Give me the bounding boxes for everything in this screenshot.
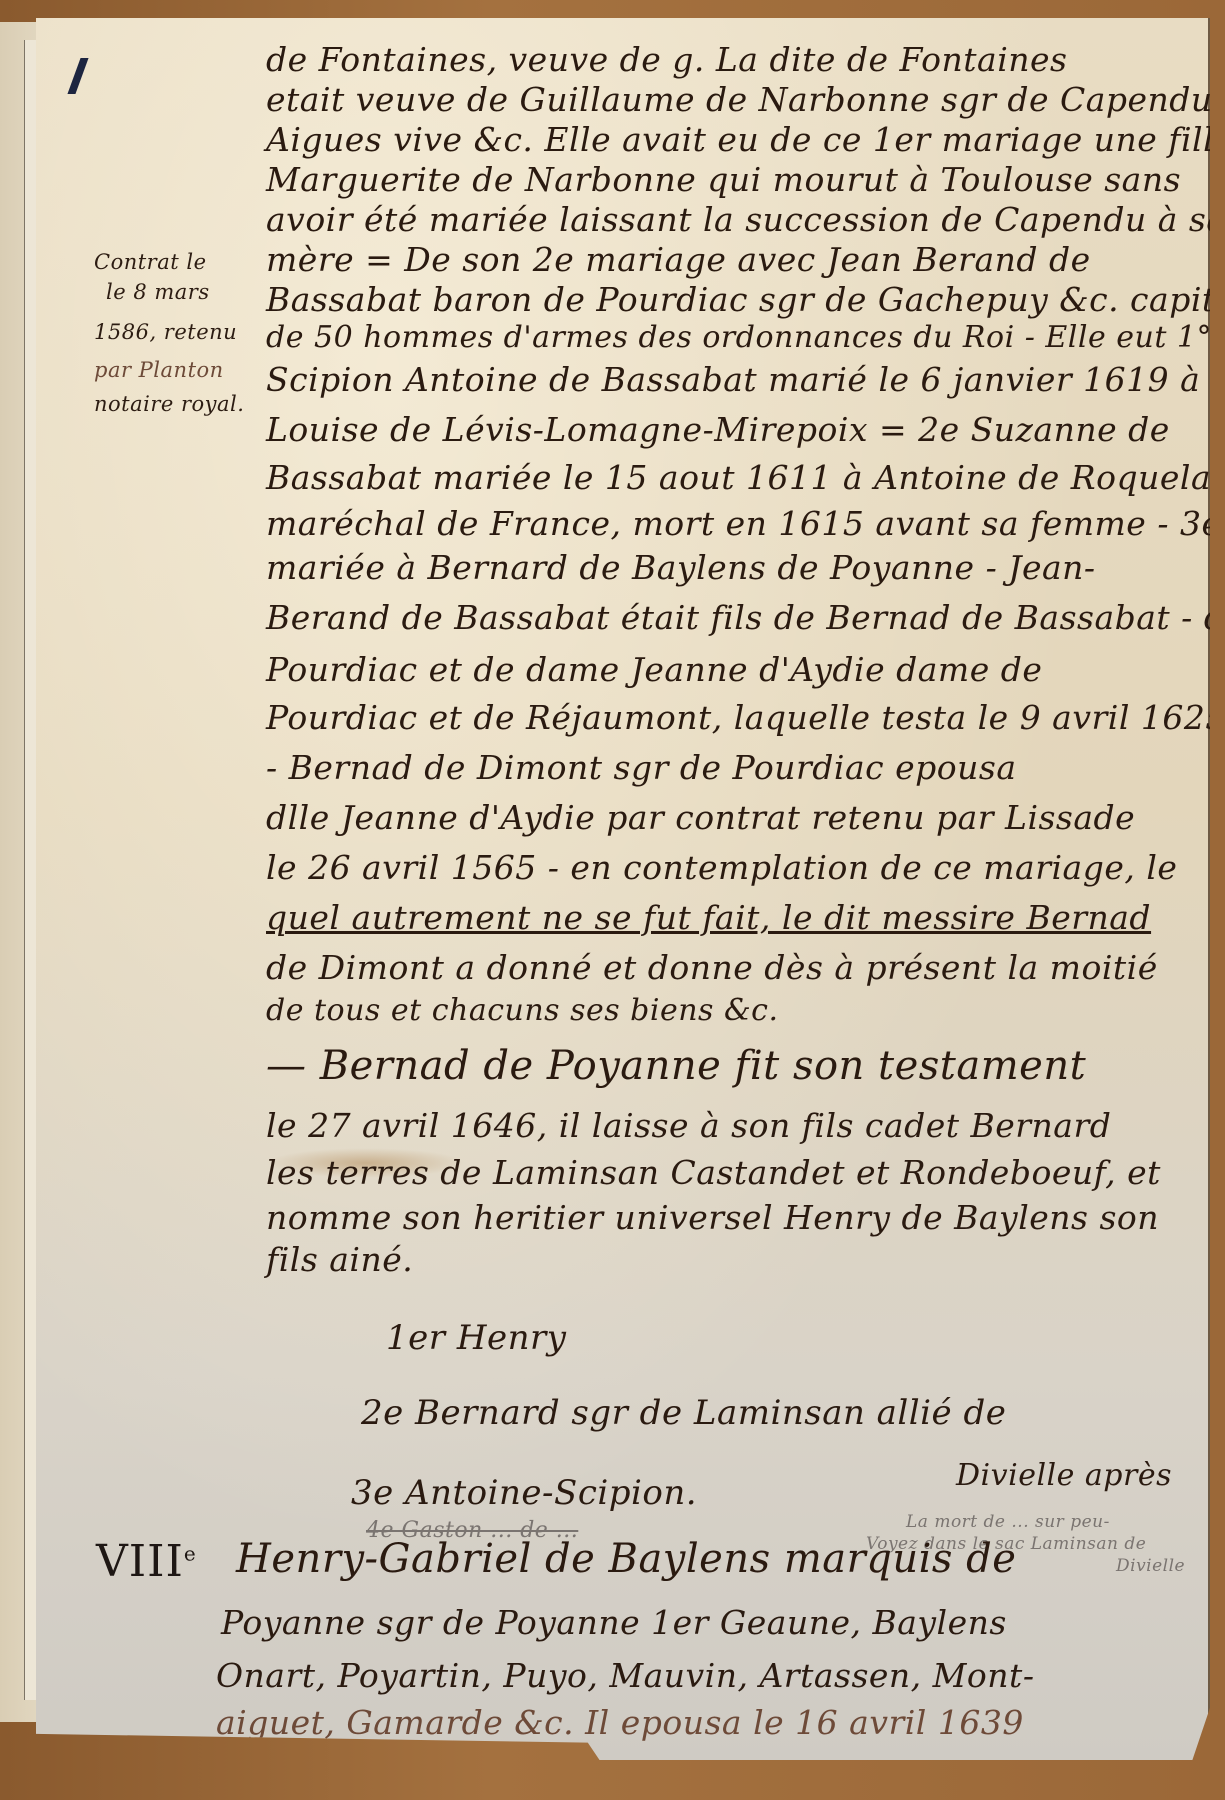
text-line: Louise de Lévis-Lomagne-Mirepoix = 2e Su… (266, 410, 1170, 449)
text-line: Bassabat mariée le 15 aout 1611 à Antoin… (266, 458, 1225, 497)
text-line: Aigues vive &c. Elle avait eu de ce 1er … (266, 120, 1225, 159)
text-line: aiguet, Gamarde &c. Il epousa le 16 avri… (216, 1703, 1024, 1742)
child-entry-note: Divielle après (956, 1458, 1172, 1493)
ink-mark (67, 58, 88, 94)
margin-note-line: par Planton (94, 358, 224, 382)
pencil-note: La mort de ... sur peu- (906, 1512, 1110, 1532)
text-line: le 26 avril 1565 - en contemplation de c… (266, 848, 1177, 887)
margin-note-line: notaire royal. (94, 392, 244, 416)
text-line: Pourdiac et de dame Jeanne d'Aydie dame … (266, 650, 1042, 689)
generation-suffix: e (184, 1541, 197, 1565)
text-line: de tous et chacuns ses biens &c. (266, 993, 779, 1028)
text-line: - Bernad de Dimont sgr de Pourdiac epous… (266, 748, 1017, 787)
margin-note-line: le 8 mars (106, 280, 210, 304)
text-line: Marguerite de Narbonne qui mourut à Toul… (266, 160, 1181, 199)
text-line: dlle Jeanne d'Aydie par contrat retenu p… (266, 798, 1135, 837)
text-line: maréchal de France, mort en 1615 avant s… (266, 504, 1225, 543)
text-line: Scipion Antoine de Bassabat marié le 6 j… (266, 360, 1200, 399)
text-line: Bassabat baron de Pourdiac sgr de Gachep… (266, 280, 1225, 319)
text-line: etait veuve de Guillaume de Narbonne sgr… (266, 80, 1213, 119)
text-line: fils ainé. (266, 1240, 413, 1279)
text-line: quel autrement ne se fut fait, le dit me… (266, 898, 1151, 937)
margin-note-line: 1586, retenu (94, 320, 237, 344)
child-entry: 1er Henry (386, 1318, 566, 1358)
text-line: avoir été mariée laissant la succession … (266, 200, 1225, 239)
manuscript-page: Contrat le le 8 mars 1586, retenu par Pl… (36, 18, 1210, 1760)
pencil-note: Divielle (1116, 1556, 1185, 1576)
text-line: de Fontaines, veuve de g. La dite de Fon… (266, 40, 1067, 79)
text-line: — Bernad de Poyanne fit son testament (266, 1043, 1086, 1089)
child-entry: 3e Antoine-Scipion. (351, 1473, 697, 1513)
text-line: mariée à Bernard de Baylens de Poyanne -… (266, 548, 1096, 587)
text-line: Poyanne sgr de Poyanne 1er Geaune, Bayle… (221, 1603, 1007, 1642)
text-line: Onart, Poyartin, Puyo, Mauvin, Artassen,… (216, 1656, 1034, 1695)
text-line: de Dimont a donné et donne dès à présent… (266, 948, 1158, 987)
generation-numeral: VIII (96, 1536, 184, 1587)
text-line: Henry-Gabriel de Baylens marquis de (236, 1536, 1016, 1582)
margin-note-line: Contrat le (94, 250, 207, 274)
text-line: les terres de Laminsan Castandet et Rond… (266, 1153, 1161, 1192)
text-line: de 50 hommes d'armes des ordonnances du … (266, 320, 1225, 355)
text-line: Pourdiac et de Réjaumont, laquelle testa… (266, 698, 1225, 737)
generation-marker: VIIIe (96, 1536, 197, 1587)
child-entry: 2e Bernard sgr de Laminsan allié de (361, 1393, 1006, 1433)
text-line: mère = De son 2e mariage avec Jean Beran… (266, 240, 1091, 279)
text-line: Berand de Bassabat était fils de Bernad … (266, 598, 1225, 637)
text-line: nomme son heritier universel Henry de Ba… (266, 1198, 1159, 1237)
text-line: le 27 avril 1646, il laisse à son fils c… (266, 1106, 1111, 1145)
